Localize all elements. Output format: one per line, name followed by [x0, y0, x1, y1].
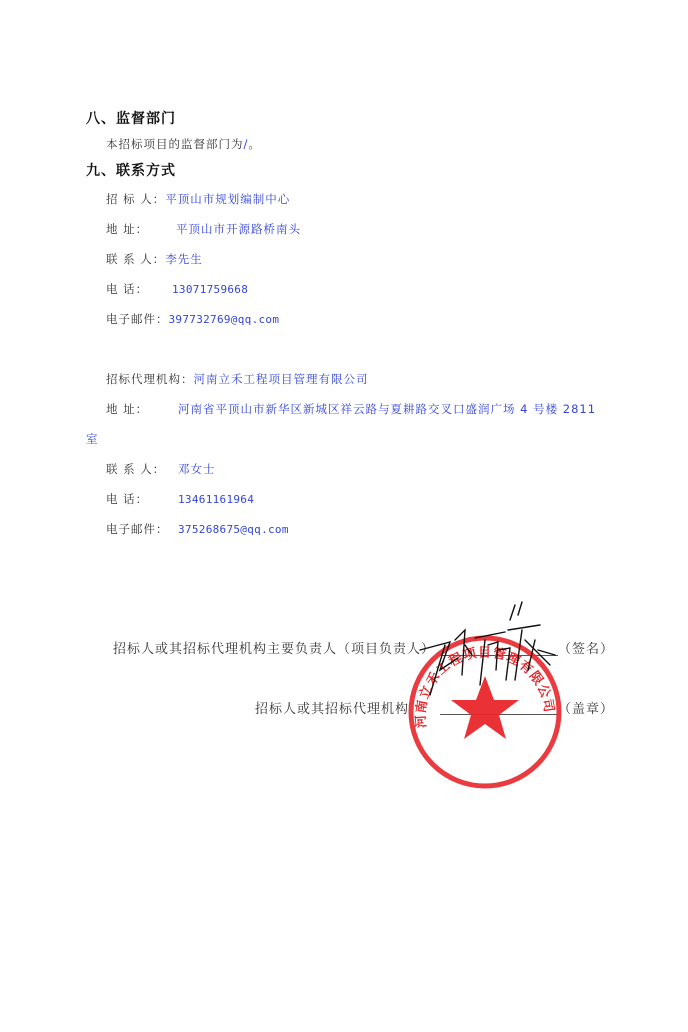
tenderer-email-row: 电子邮件：397732769@qq.com — [106, 311, 279, 327]
tenderer-name-row: 招 标 人：平顶山市规划编制中心 — [106, 191, 290, 207]
section-9-heading: 九、联系方式 — [86, 160, 176, 180]
tenderer-address-row: 地 址：平顶山市开源路桥南头 — [106, 221, 301, 237]
agency-address-row: 地 址：河南省平顶山市新华区新城区祥云路与夏耕路交叉口盛润广场 4 号楼 281… — [106, 401, 596, 417]
tenderer-contact-row: 联 系 人：李先生 — [106, 251, 203, 267]
seal-label: 招标人或其招标代理机构 — [255, 698, 409, 717]
agency-address-continuation: 室 — [86, 431, 99, 447]
agency-phone-row: 电 话：13461161964 — [106, 491, 254, 507]
section-8-heading: 八、监督部门 — [86, 108, 176, 128]
tenderer-phone-row: 电 话：13071759668 — [106, 281, 248, 297]
signature-suffix: （签名） — [558, 638, 614, 657]
seal-suffix: （盖章） — [558, 698, 614, 717]
agency-email-row: 电子邮件：375268675@qq.com — [106, 521, 289, 537]
agency-name-row: 招标代理机构：河南立禾工程项目管理有限公司 — [106, 371, 369, 387]
supervision-text: 本招标项目的监督部门为/。 — [106, 136, 261, 152]
signature-label: 招标人或其招标代理机构主要负责人（项目负责人） — [113, 638, 435, 657]
agency-contact-row: 联 系 人：邓女士 — [106, 461, 216, 477]
handwritten-signature — [410, 600, 560, 710]
